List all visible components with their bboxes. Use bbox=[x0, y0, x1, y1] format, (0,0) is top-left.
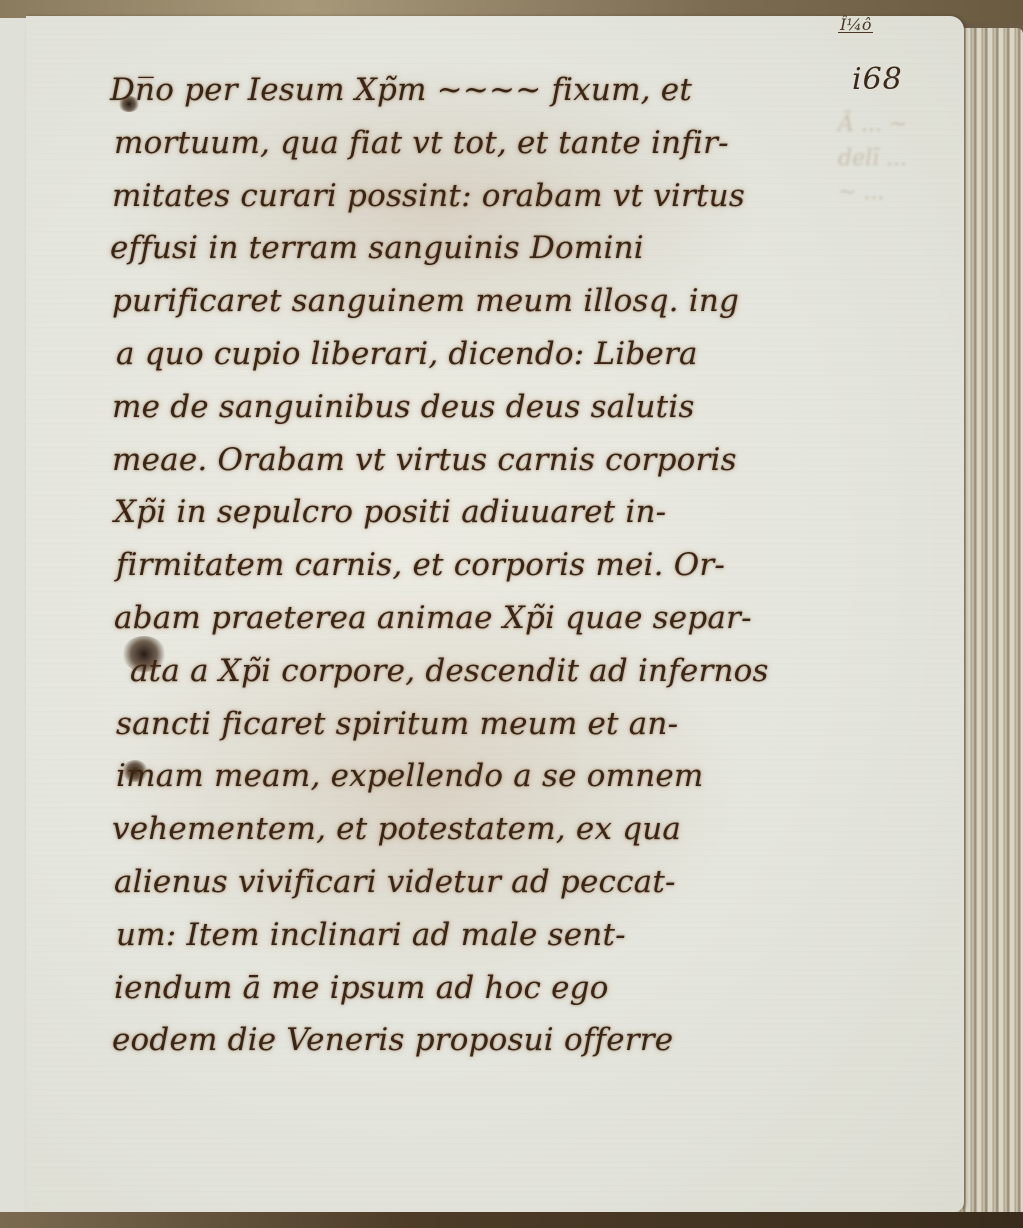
text-line: me de sanguinibus deus deus salutis bbox=[112, 381, 792, 434]
text-line: eodem die Veneris proposui offerre bbox=[112, 1014, 792, 1067]
text-line: mortuum, qua fiat vt tot, et tante infir… bbox=[114, 117, 794, 170]
text-line: a quo cupio liberari, dicendo: Libera bbox=[116, 328, 796, 381]
text-line: abam praeterea animae Xp̃i quae separ- bbox=[114, 592, 794, 645]
text-line: firmitatem carnis, et corporis mei. Or- bbox=[116, 539, 796, 592]
bleed-line: delī ... bbox=[838, 142, 948, 176]
text-line: mitates curari possint: orabam vt virtus bbox=[112, 170, 792, 223]
manuscript-page: Î¼ô i68 Ā ... ~ delī ... ~ ... Dn̅o pe… bbox=[26, 16, 964, 1212]
text-line: meae. Orabam vt virtus carnis corporis bbox=[112, 434, 792, 487]
page-stack-edge bbox=[955, 28, 1023, 1218]
text-line: iendum ā me ipsum ad hoc ego bbox=[114, 962, 794, 1015]
folio-number: i68 bbox=[852, 62, 903, 97]
manuscript-photo: Î¼ô i68 Ā ... ~ delī ... ~ ... Dn̅o pe… bbox=[0, 0, 1023, 1228]
text-line: alienus vivificari videtur ad peccat- bbox=[114, 856, 794, 909]
text-line: purificaret sanguinem meum illosq. ing bbox=[112, 275, 792, 328]
text-line: Xp̃i in sepulcro positi adiuuaret in- bbox=[114, 486, 794, 539]
bleed-line: ~ ... bbox=[838, 176, 948, 210]
text-line: vehementem, et potestatem, ex qua bbox=[112, 803, 792, 856]
text-line: Dn̅o per Iesum Xp̃m ~~~~ fixum, et bbox=[110, 64, 790, 117]
text-line: sancti ficaret spiritum meum et an- bbox=[116, 698, 796, 751]
bleed-line: Ā ... ~ bbox=[838, 108, 948, 142]
text-line: effusi in terram sanguinis Domini bbox=[110, 222, 790, 275]
text-line: um: Item inclinari ad male sent- bbox=[116, 909, 796, 962]
text-line: imam meam, expellendo a se omnem bbox=[116, 750, 796, 803]
book-bottom-edge bbox=[0, 1212, 1023, 1228]
bleed-through-text: Ā ... ~ delī ... ~ ... bbox=[838, 108, 948, 218]
folio-mark-top: Î¼ô bbox=[838, 18, 873, 33]
facing-page-sliver bbox=[0, 18, 27, 1214]
text-line: ata a Xp̃i corpore, descendit ad inferno… bbox=[130, 645, 810, 698]
manuscript-text: Dn̅o per Iesum Xp̃m ~~~~ fixum, et mortu… bbox=[138, 64, 818, 1067]
